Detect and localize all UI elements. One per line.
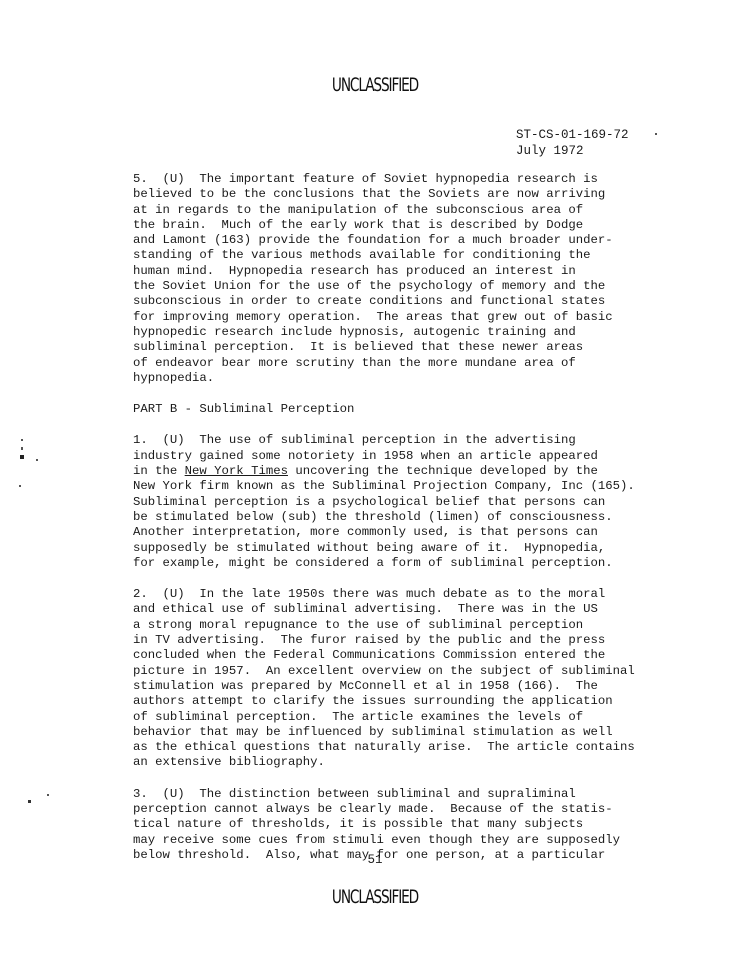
text-line: as the ethical questions that naturally … [133,740,663,755]
scan-artifact [655,133,657,135]
document-page: UNCLASSIFIED ST-CS-01-169-72 July 1972 5… [0,0,750,972]
text-line: an extensive bibliography. [133,755,663,770]
text-line: perception cannot always be clearly made… [133,802,663,817]
text-line: and Lamont (163) provide the foundation … [133,233,663,248]
scan-artifact [21,439,23,441]
text-line: may receive some cues from stimuli even … [133,833,663,848]
scan-artifact [28,800,31,803]
text-line: of subliminal perception. The article ex… [133,710,663,725]
text-line: stimulation was prepared by McConnell et… [133,679,663,694]
text-line: for example, might be considered a form … [133,556,663,571]
page-number: 51 [0,853,750,867]
document-date: July 1972 [516,143,629,159]
text-line: at in regards to the manipulation of the… [133,203,663,218]
text-line: hypnopedic research include hypnosis, au… [133,325,663,340]
scan-artifact [21,447,23,450]
text-line: picture in 1957. An excellent overview o… [133,664,663,679]
paragraph-5: 5. (U) The important feature of Soviet h… [133,172,663,386]
text-line: 5. (U) The important feature of Soviet h… [133,172,663,187]
text-line: New York firm known as the Subliminal Pr… [133,479,663,494]
text-line: 3. (U) The distinction between sublimina… [133,787,663,802]
text-line: industry gained some notoriety in 1958 w… [133,449,663,464]
document-reference: ST-CS-01-169-72 July 1972 [516,127,629,159]
text-line: 2. (U) In the late 1950s there was much … [133,587,663,602]
text-line: authors attempt to clarify the issues su… [133,694,663,709]
text-line: subconscious in order to create conditio… [133,294,663,309]
text-line: the Soviet Union for the use of the psyc… [133,279,663,294]
text-line: hypnopedia. [133,371,663,386]
text-line: in TV advertising. The furor raised by t… [133,633,663,648]
publication-title: New York Times [185,464,288,478]
classification-marking-top: UNCLASSIFIED [75,74,675,96]
scan-artifact [47,794,49,796]
section-heading-part-b: PART B - Subliminal Perception [133,402,663,417]
paragraph-b2: 2. (U) In the late 1950s there was much … [133,587,663,771]
text-line: standing of the various methods availabl… [133,248,663,263]
text-line: Subliminal perception is a psychological… [133,495,663,510]
text-line: subliminal perception. It is believed th… [133,340,663,355]
text-line: 1. (U) The use of subliminal perception … [133,433,663,448]
text-line: of endeavor bear more scrutiny than the … [133,356,663,371]
text-line: human mind. Hypnopedia research has prod… [133,264,663,279]
text-line: concluded when the Federal Communication… [133,648,663,663]
text-fragment: in the [133,464,185,478]
text-line: in the New York Times uncovering the tec… [133,464,663,479]
scan-artifact [20,455,24,459]
scan-artifact [19,485,21,487]
document-body: 5. (U) The important feature of Soviet h… [133,172,663,863]
text-line: and ethical use of subliminal advertisin… [133,602,663,617]
document-number: ST-CS-01-169-72 [516,127,629,143]
text-line: behavior that may be influenced by subli… [133,725,663,740]
text-line: a strong moral repugnance to the use of … [133,618,663,633]
classification-marking-bottom: UNCLASSIFIED [75,886,675,908]
paragraph-b1: 1. (U) The use of subliminal perception … [133,433,663,571]
text-fragment: uncovering the technique developed by th… [288,464,598,478]
text-line: Another interpretation, more commonly us… [133,525,663,540]
text-line: tical nature of thresholds, it is possib… [133,817,663,832]
text-line: for improving memory operation. The area… [133,310,663,325]
text-line: supposedly be stimulated without being a… [133,541,663,556]
text-line: believed to be the conclusions that the … [133,187,663,202]
text-line: the brain. Much of the early work that i… [133,218,663,233]
scan-artifact [36,459,38,461]
paragraph-b3: 3. (U) The distinction between sublimina… [133,787,663,863]
text-line: be stimulated below (sub) the threshold … [133,510,663,525]
